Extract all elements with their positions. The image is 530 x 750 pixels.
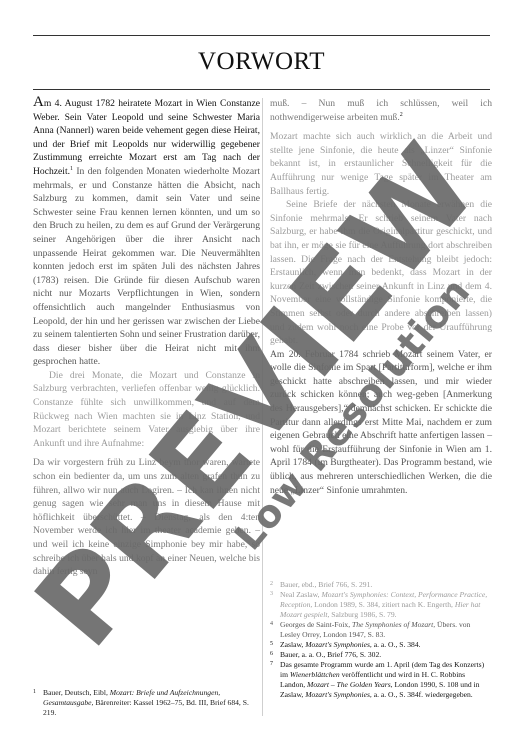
header-rule-bottom (33, 89, 490, 90)
footnote-6: 6Bauer, a. a. O., Brief 776, S. 302. (270, 650, 492, 660)
footnote-7: 7Das gesamte Programm wurde am 1. April … (270, 660, 492, 700)
header-rule-top (33, 35, 490, 36)
document-page: VORWORT Am 4. August 1782 heiratete Moza… (0, 0, 530, 750)
paragraph-4: Seine Briefe der nächsten Monate erwähne… (270, 198, 492, 348)
footnote-ref: 2 (400, 111, 403, 117)
right-column: muß. – Nun muß ich schlüssen, weil ich n… (270, 97, 492, 497)
paragraph-text: In den folgenden Monaten wiederholte Moz… (33, 166, 260, 367)
paragraph-1: Am 4. August 1782 heiratete Mozart in Wi… (33, 97, 260, 369)
quote-block: Da wir vorgestern früh zu Linz beym thor… (33, 456, 260, 578)
drop-cap: A (33, 94, 44, 110)
left-column: Am 4. August 1782 heiratete Mozart in Wi… (33, 97, 260, 579)
page-title: VORWORT (33, 48, 490, 76)
footnote-5: 5Zaslaw, Mozart's Symphonies, a. a. O., … (270, 640, 492, 650)
paragraph-3: Mozart machte sich auch wirklich an die … (270, 130, 492, 198)
footnote-1: 1Bauer, Deutsch, Eibl, Mozart: Briefe un… (33, 688, 260, 718)
footnote-3: 3Neal Zaslaw, Mozart's Symphonies: Conte… (270, 590, 492, 620)
footnote-2: 2Bauer, ebd., Brief 766, S. 291. (270, 580, 492, 590)
footnote-4: 4Georges de Saint-Foix, The Symphonies o… (270, 620, 492, 640)
quote-continuation: muß. – Nun muß ich schlüssen, weil ich n… (270, 97, 492, 124)
footnote-ref: 1 (70, 166, 73, 172)
paragraph-5: Am 20. Februar 1784 schrieb Mozart seine… (270, 348, 492, 498)
column-divider (262, 98, 263, 716)
paragraph-2: Die drei Monate, die Mozart und Constanz… (33, 369, 260, 451)
right-footnotes: 2Bauer, ebd., Brief 766, S. 291. 3Neal Z… (270, 580, 492, 708)
left-footnotes: 1Bauer, Deutsch, Eibl, Mozart: Briefe un… (33, 688, 260, 726)
quote-text: Da wir vorgestern früh zu Linz beym thor… (33, 457, 260, 577)
